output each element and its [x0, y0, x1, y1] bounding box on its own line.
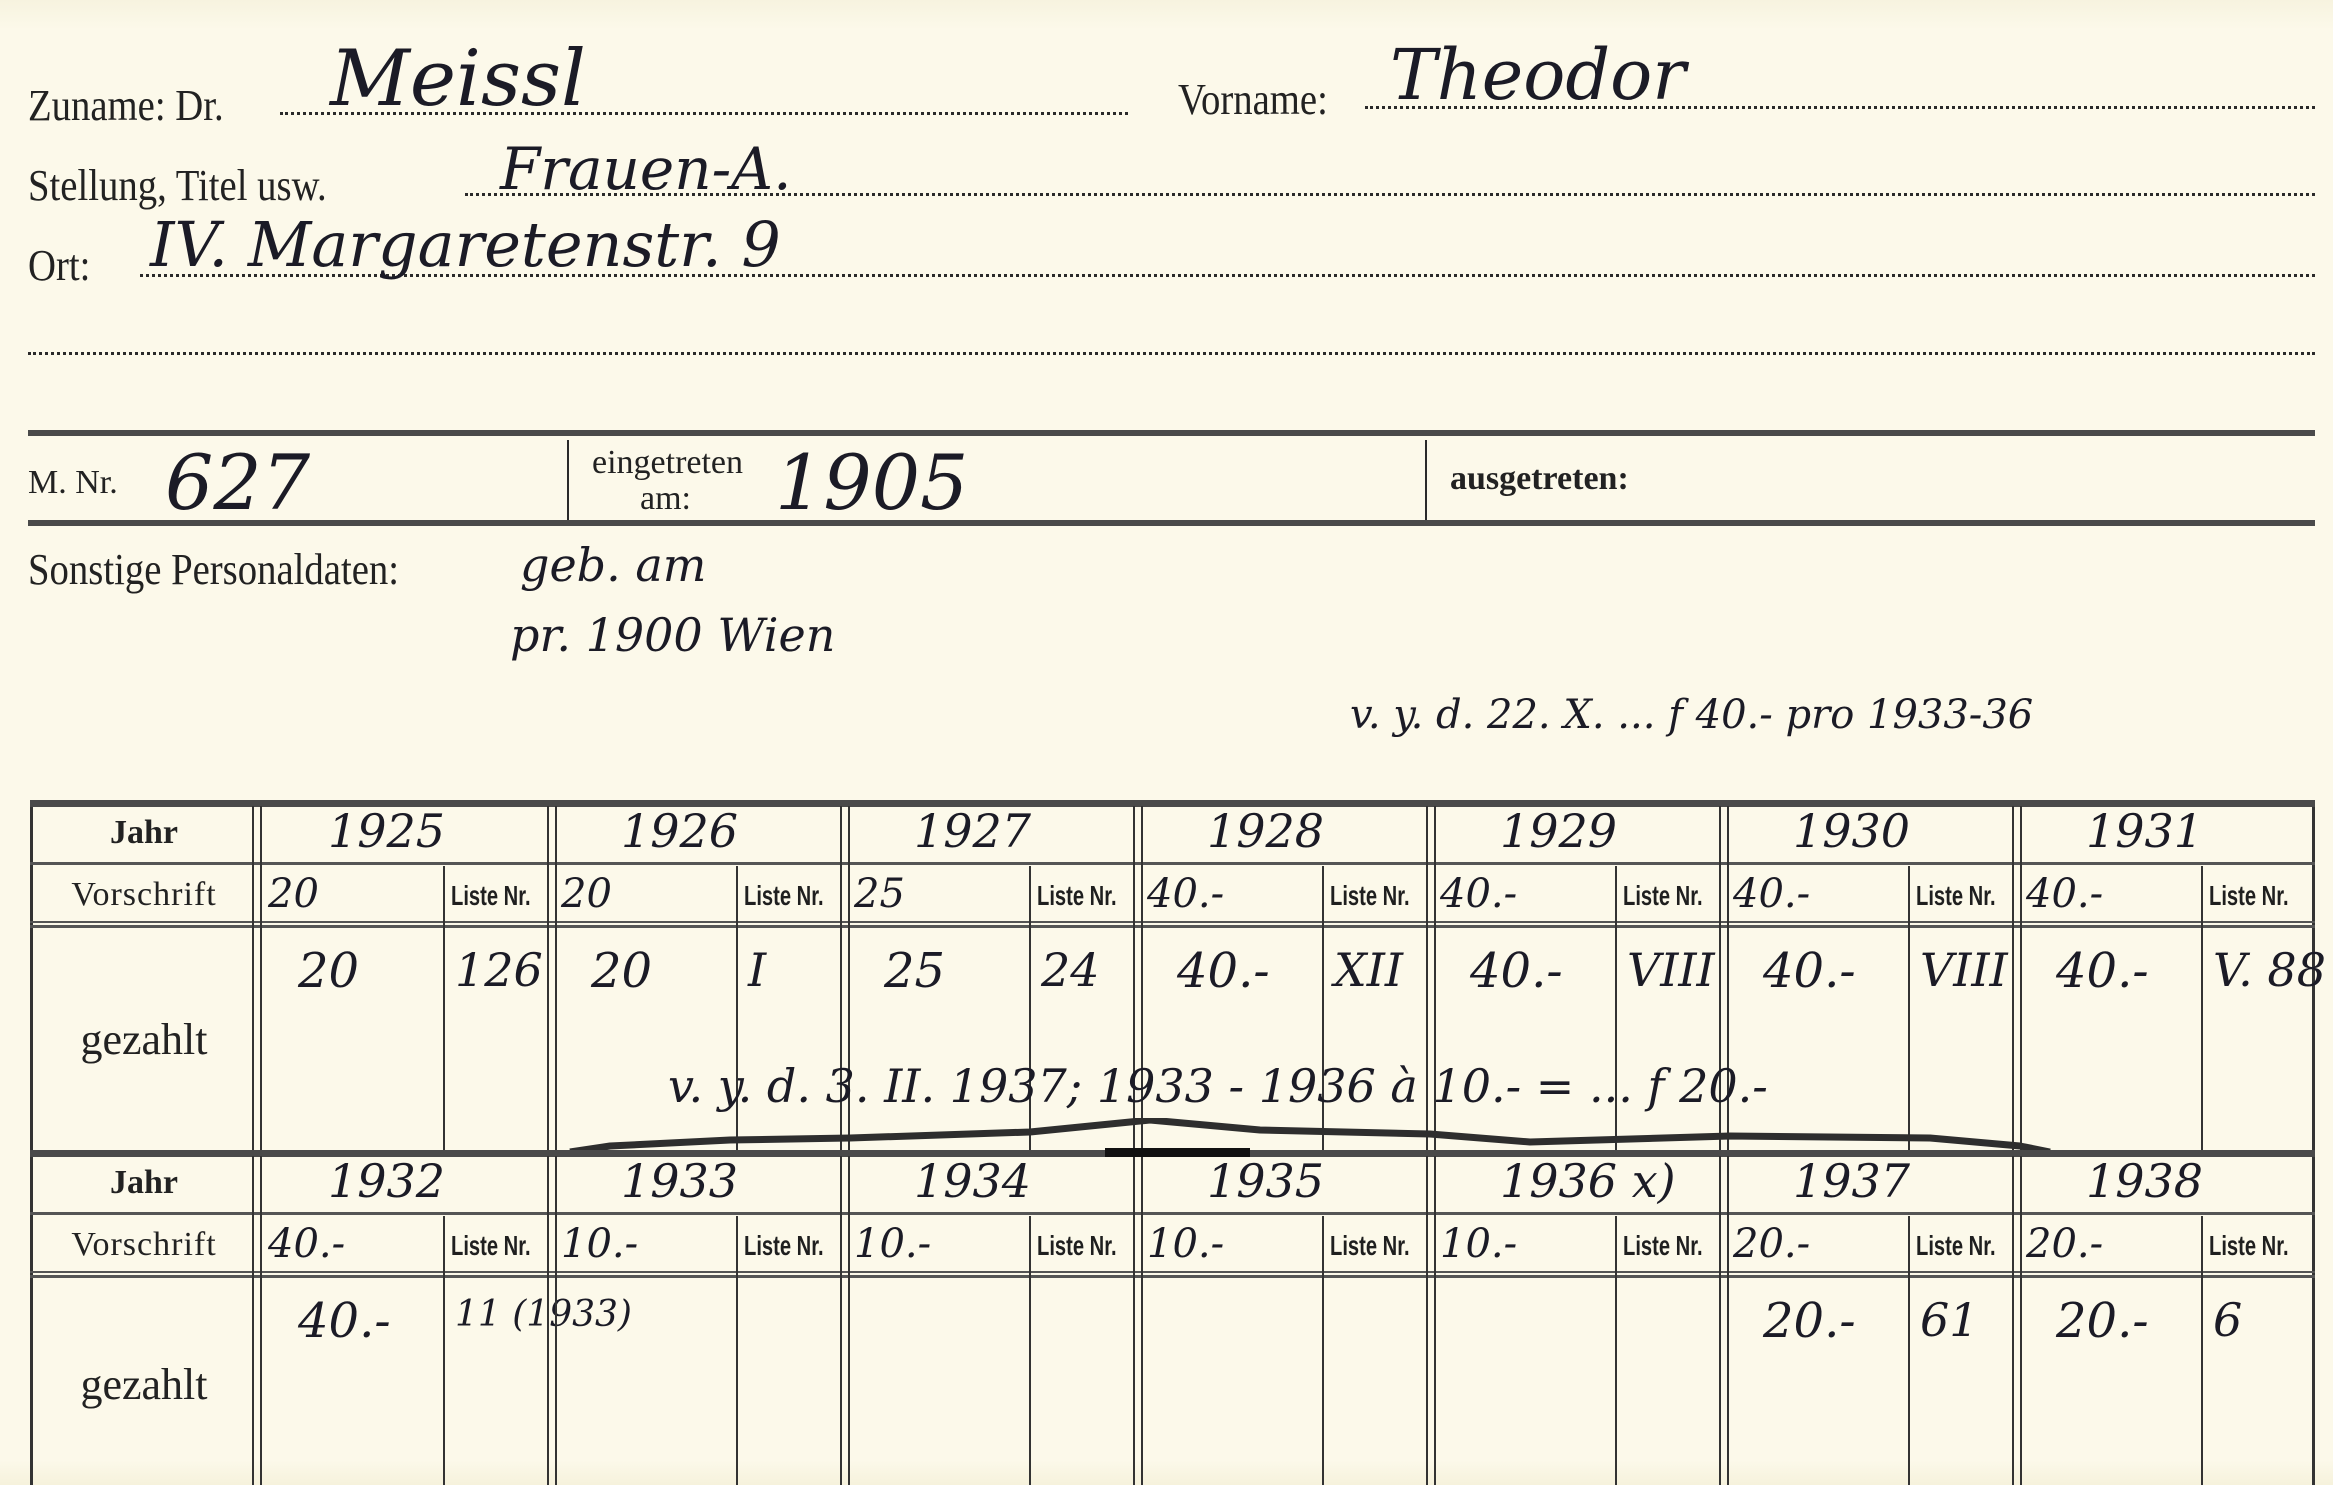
- dues-table: JahrVorschriftgezahltListe Nr.1925202012…: [30, 800, 2315, 1485]
- year-value: 1933: [621, 1158, 738, 1204]
- membership-divider-2: [1425, 440, 1427, 520]
- year-value: 1938: [2086, 1158, 2203, 1204]
- position-value: Frauen-A.: [500, 140, 792, 198]
- year-column-divider: [1426, 1156, 1436, 1485]
- row-label-required: Vorschrift: [30, 1226, 258, 1264]
- year-value: 1932: [328, 1158, 445, 1204]
- joined-value: 1905: [775, 445, 968, 521]
- required-value: 10.-: [854, 1224, 931, 1264]
- list-no-header: Liste Nr.: [2209, 880, 2289, 912]
- list-no-header: Liste Nr.: [451, 880, 531, 912]
- list-no-value: 126: [455, 947, 543, 993]
- paid-value: 40.-: [298, 1297, 391, 1345]
- list-no-divider: [2201, 1216, 2203, 1485]
- list-no-header: Liste Nr.: [451, 1230, 531, 1262]
- list-no-header: Liste Nr.: [1916, 1230, 1996, 1262]
- block-note: v. y. d. 3. II. 1937; 1933 - 1936 à 10.-…: [668, 1063, 1768, 1109]
- required-value: 40.-: [1147, 874, 1224, 914]
- year-value: 1930: [1793, 808, 1910, 854]
- list-no-header: Liste Nr.: [1037, 880, 1117, 912]
- paid-value: 20: [591, 947, 652, 995]
- required-value: 40.-: [2026, 874, 2103, 914]
- paid-value: 20: [298, 947, 359, 995]
- location-value: IV. Margaretenstr. 9: [150, 214, 781, 276]
- list-no-divider: [1029, 1216, 1031, 1485]
- list-no-header: Liste Nr.: [1623, 1230, 1703, 1262]
- paid-value: 25: [884, 947, 945, 995]
- list-no-header: Liste Nr.: [744, 1230, 824, 1262]
- year-value: 1926: [621, 808, 738, 854]
- label-column-divider: [252, 1156, 262, 1485]
- year-column-divider: [1133, 1156, 1143, 1485]
- year-column-divider: [840, 1156, 850, 1485]
- required-row-rule-a: [30, 921, 2315, 923]
- required-value: 20: [561, 874, 612, 914]
- list-no-divider: [443, 866, 445, 1150]
- required-value: 40.-: [268, 1224, 345, 1264]
- row-label-paid: gezahlt: [30, 1359, 258, 1410]
- firstname-value: Theodor: [1390, 40, 1686, 110]
- year-column-divider: [2012, 1156, 2022, 1485]
- label-column-divider: [252, 806, 262, 1150]
- row-label-required: Vorschrift: [30, 876, 258, 914]
- left-label: ausgetreten:: [1450, 462, 1629, 496]
- year-value: 1927: [914, 808, 1031, 854]
- list-no-value: I: [748, 947, 766, 993]
- required-row-rule-b: [30, 1275, 2315, 1278]
- list-no-value: 24: [1041, 947, 1100, 993]
- year-column-divider: [547, 806, 557, 1150]
- paid-value: 20.-: [2056, 1297, 2149, 1345]
- paid-value: 40.-: [2056, 947, 2149, 995]
- list-no-value: VIII: [1920, 947, 2008, 993]
- blank-address-line: [28, 352, 2315, 355]
- year-value: 1925: [328, 808, 445, 854]
- required-value: 20.-: [1733, 1224, 1810, 1264]
- personal-data-line2: pr. 1900 Wien: [510, 612, 835, 658]
- list-no-header: Liste Nr.: [2209, 1230, 2289, 1262]
- list-no-divider: [1908, 1216, 1910, 1485]
- list-no-header: Liste Nr.: [1623, 880, 1703, 912]
- list-no-header: Liste Nr.: [1330, 1230, 1410, 1262]
- list-no-divider: [1908, 866, 1910, 1150]
- row-label-paid: gezahlt: [30, 1014, 258, 1065]
- paid-value: 20.-: [1763, 1297, 1856, 1345]
- year-column-divider: [547, 1156, 557, 1485]
- required-value: 20.-: [2026, 1224, 2103, 1264]
- required-value: 10.-: [561, 1224, 638, 1264]
- row-label-year: Jahr: [30, 814, 258, 852]
- year-column-divider: [1719, 1156, 1729, 1485]
- membership-top-rule: [28, 430, 2315, 436]
- block-separator-bar: [1105, 1148, 1250, 1157]
- row-label-year: Jahr: [30, 1164, 258, 1202]
- membership-bottom-rule: [28, 520, 2315, 526]
- year-value: 1935: [1207, 1158, 1324, 1204]
- required-value: 40.-: [1733, 874, 1810, 914]
- year-value: 1931: [2086, 808, 2203, 854]
- paid-value: 40.-: [1470, 947, 1563, 995]
- year-value: 1936 x): [1500, 1158, 1676, 1204]
- surname-label: Zuname: Dr.: [28, 84, 224, 128]
- list-no-value: 11 (1933): [455, 1297, 632, 1333]
- required-row-rule-a: [30, 1271, 2315, 1273]
- list-no-value: VIII: [1627, 947, 1715, 993]
- required-value: 40.-: [1440, 874, 1517, 914]
- location-label: Ort:: [28, 244, 90, 288]
- year-value: 1934: [914, 1158, 1031, 1204]
- list-no-value: 61: [1920, 1297, 1979, 1343]
- year-value: 1929: [1500, 808, 1617, 854]
- firstname-label: Vorname:: [1178, 78, 1328, 122]
- membership-divider-1: [567, 440, 569, 520]
- year-row-rule: [30, 1212, 2315, 1215]
- year-value: 1937: [1793, 1158, 1910, 1204]
- list-no-header: Liste Nr.: [744, 880, 824, 912]
- joined-label-line2: am:: [640, 482, 691, 516]
- list-no-value: XII: [1334, 947, 1403, 993]
- surname-value: Meissl: [330, 40, 586, 118]
- list-no-header: Liste Nr.: [1037, 1230, 1117, 1262]
- member-index-card: Zuname: Dr. Meissl Vorname: Theodor Stel…: [0, 0, 2333, 1485]
- required-value: 20: [268, 874, 319, 914]
- personal-data-note: v. y. d. 22. X. ... f 40.- pro 1933-36: [1350, 695, 2033, 735]
- list-no-divider: [736, 1216, 738, 1485]
- year-value: 1928: [1207, 808, 1324, 854]
- required-value: 10.-: [1147, 1224, 1224, 1264]
- list-no-divider: [1322, 1216, 1324, 1485]
- list-no-header: Liste Nr.: [1330, 880, 1410, 912]
- personal-data-line1: geb. am: [520, 542, 706, 588]
- list-no-value: 6: [2213, 1297, 2242, 1343]
- position-label: Stellung, Titel usw.: [28, 164, 327, 208]
- list-no-divider: [443, 1216, 445, 1485]
- year-row-rule: [30, 862, 2315, 865]
- paid-value: 40.-: [1177, 947, 1270, 995]
- required-value: 25: [854, 874, 905, 914]
- required-value: 10.-: [1440, 1224, 1517, 1264]
- joined-label-line1: eingetreten: [592, 446, 743, 480]
- member-no-value: 627: [165, 445, 310, 521]
- list-no-divider: [1615, 1216, 1617, 1485]
- list-no-header: Liste Nr.: [1916, 880, 1996, 912]
- paid-value: 40.-: [1763, 947, 1856, 995]
- member-no-label: M. Nr.: [28, 466, 118, 500]
- required-row-rule-b: [30, 925, 2315, 928]
- personal-data-label: Sonstige Personaldaten:: [28, 548, 399, 592]
- list-no-value: V. 88: [2213, 947, 2326, 993]
- list-no-divider: [2201, 866, 2203, 1150]
- year-column-divider: [2012, 806, 2022, 1150]
